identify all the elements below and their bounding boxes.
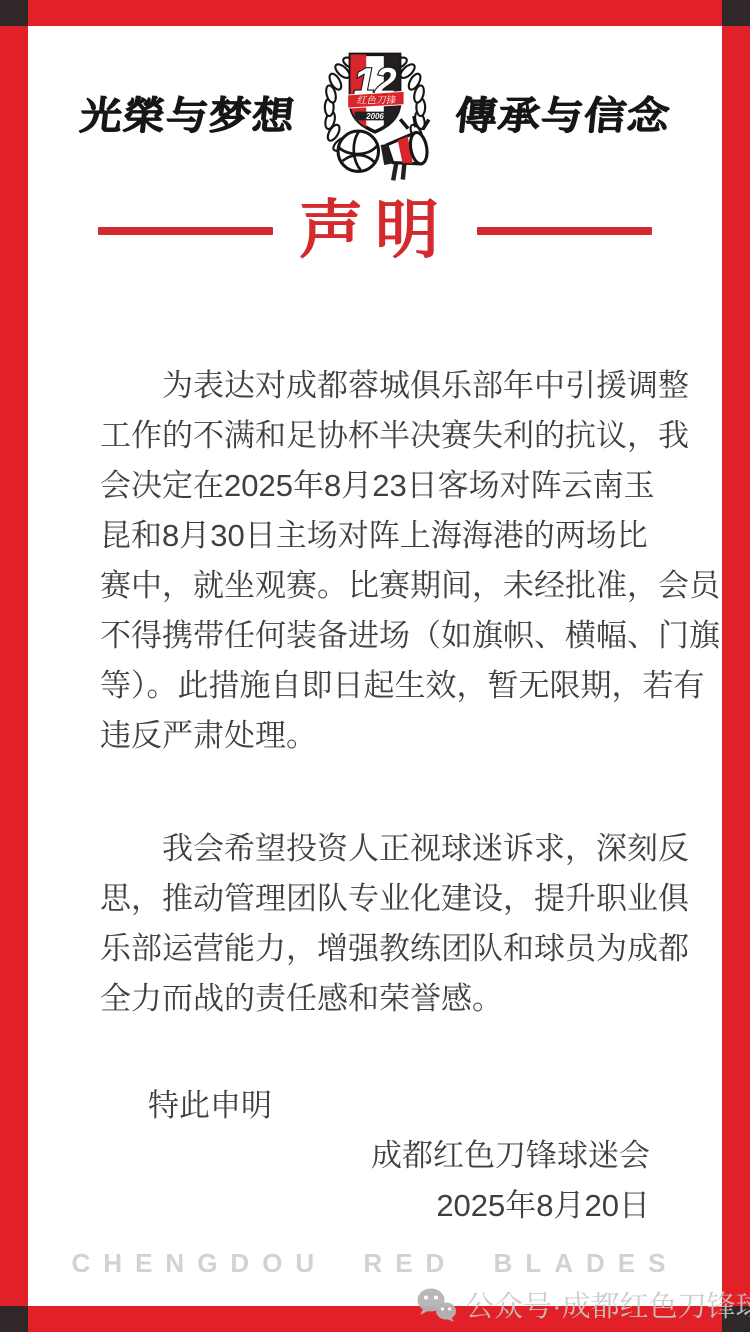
signature-date: 2025年8月20日 <box>100 1181 650 1231</box>
frame-corner-top-right <box>722 0 750 26</box>
page-title: 声明 <box>299 199 451 263</box>
text-line: 工作的不满和足协杯半决赛失利的抗议，我 <box>100 411 650 461</box>
frame-corner-bottom-left <box>0 1306 28 1332</box>
text-line: 会决定在2025年8月23日客场对阵云南玉 <box>100 461 650 511</box>
text-line: 思，推动管理团队专业化建设，提升职业俱 <box>100 874 650 924</box>
frame-border-top <box>0 0 750 26</box>
wechat-icon <box>415 1287 457 1323</box>
volleyball-icon <box>338 131 378 171</box>
text-line: 不得携带任何装备进场（如旗帜、横幅、门旗 <box>100 611 650 661</box>
brand-watermark: CHENGDOU RED BLADES <box>0 1248 750 1279</box>
slogan-left: 光榮与梦想 <box>77 85 298 140</box>
slogan-right: 傳承与信念 <box>452 85 673 140</box>
paragraph-1: 为表达对成都蓉城俱乐部年中引援调整工作的不满和足协杯半决赛失利的抗议，我会决定在… <box>100 361 650 761</box>
title-rule-left <box>98 227 273 235</box>
frame-border-left <box>0 0 28 1332</box>
signature-name: 成都红色刀锋球迷会 <box>100 1131 650 1181</box>
text-line: 乐部运营能力，增强教练团队和球员为成都 <box>100 924 650 974</box>
wechat-account-watermark: 公众号·成都红色刀锋球迷会 <box>415 1284 750 1325</box>
text-line: 违反严肃处理。 <box>100 711 650 761</box>
crest-banner-text: 红色刀锋 <box>357 95 397 107</box>
title-row: 声明 <box>98 199 652 263</box>
frame-corner-top-left <box>0 0 28 26</box>
paragraph-2: 我会希望投资人正视球迷诉求，深刻反思，推动管理团队专业化建设，提升职业俱乐部运营… <box>100 824 650 1024</box>
text-line: 赛中，就坐观赛。比赛期间，未经批准，会员 <box>100 561 650 611</box>
frame-border-right <box>722 0 750 1332</box>
closing-statement: 特此申明 <box>148 1081 650 1131</box>
signature-block: 成都红色刀锋球迷会 2025年8月20日 <box>100 1131 650 1231</box>
club-crest-logo: 12 红色刀锋 2006 <box>309 42 441 183</box>
text-line: 昆和8月30日主场对阵上海海港的两场比 <box>100 511 650 561</box>
wechat-account-text: 公众号·成都红色刀锋球迷会 <box>465 1284 750 1325</box>
statement-body: 为表达对成都蓉城俱乐部年中引援调整工作的不满和足协杯半决赛失利的抗议，我会决定在… <box>100 361 650 1231</box>
masthead: 光榮与梦想 <box>28 42 722 183</box>
text-line: 为表达对成都蓉城俱乐部年中引援调整 <box>100 361 650 411</box>
text-line: 全力而战的责任感和荣誉感。 <box>100 974 650 1024</box>
crest-year: 2006 <box>365 112 384 121</box>
text-line: 我会希望投资人正视球迷诉求，深刻反 <box>100 824 650 874</box>
statement-poster: 光榮与梦想 <box>0 0 750 1332</box>
text-line: 等）。此措施自即日起生效，暂无限期，若有 <box>100 661 650 711</box>
title-rule-right <box>477 227 652 235</box>
